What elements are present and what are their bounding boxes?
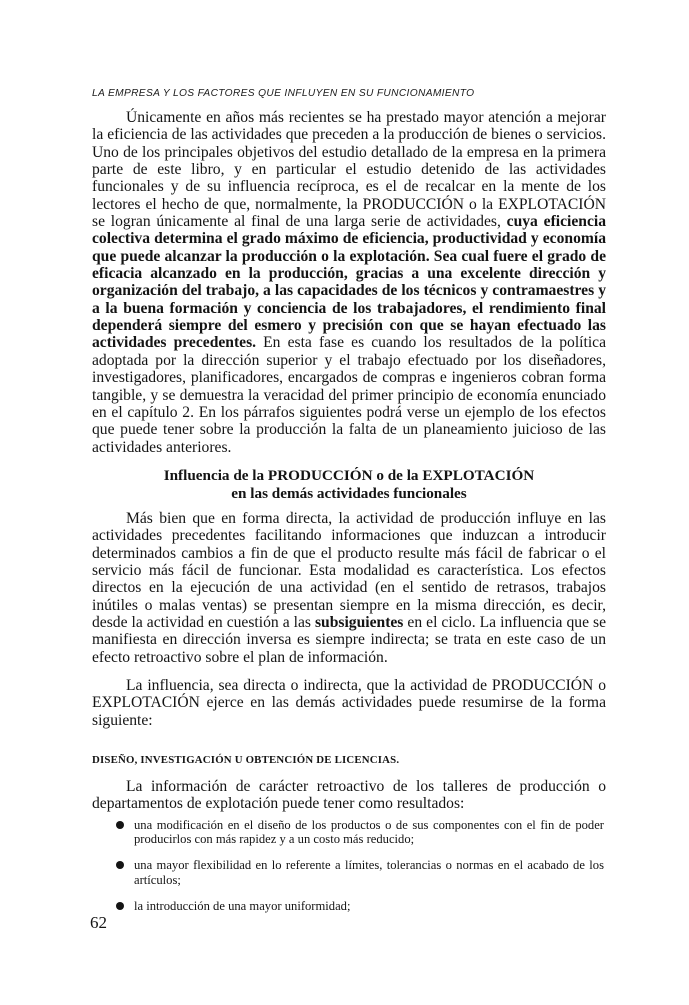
bullet-icon	[116, 861, 124, 869]
list-item-text: una modificación en el diseño de los pro…	[134, 818, 604, 846]
paragraph-1-lead: Únicamente en años más recientes se ha p…	[92, 109, 606, 230]
list-item: la introducción de una mayor uniformidad…	[118, 899, 604, 913]
list-item: una mayor flexibilidad en lo referente a…	[118, 858, 604, 886]
list-item: una modificación en el diseño de los pro…	[118, 818, 604, 846]
bullet-icon	[116, 902, 124, 910]
paragraph-1-bold: cuya eficiencia colectiva determina el g…	[92, 213, 606, 351]
section-heading-line-1: Influencia de la PRODUCCIÓN o de la EXPL…	[92, 467, 606, 485]
section-heading-line-2: en las demás actividades funcionales	[92, 485, 606, 503]
paragraph-2-lead: Más bien que en forma directa, la activi…	[92, 510, 606, 631]
page-number: 62	[90, 913, 107, 933]
paragraph-1: Únicamente en años más recientes se ha p…	[92, 109, 606, 456]
paragraph-2: Más bien que en forma directa, la activi…	[92, 510, 606, 666]
paragraph-3: La influencia, sea directa o indirecta, …	[92, 677, 606, 729]
list-item-text: una mayor flexibilidad en lo referente a…	[134, 858, 604, 886]
paragraph-2-bold: subsiguientes	[315, 614, 403, 631]
subheading: DISEÑO, INVESTIGACIÓN U OBTENCIÓN DE LIC…	[92, 754, 606, 766]
paragraph-1-tail: En esta fase es cuando los resultados de…	[92, 334, 606, 455]
section-heading: Influencia de la PRODUCCIÓN o de la EXPL…	[92, 467, 606, 503]
paragraph-4: La información de carácter retroactivo d…	[92, 778, 606, 813]
bullet-list: una modificación en el diseño de los pro…	[118, 818, 604, 925]
running-head: LA EMPRESA Y LOS FACTORES QUE INFLUYEN E…	[92, 88, 606, 99]
bullet-icon	[116, 821, 124, 829]
list-item-text: la introducción de una mayor uniformidad…	[134, 899, 350, 913]
